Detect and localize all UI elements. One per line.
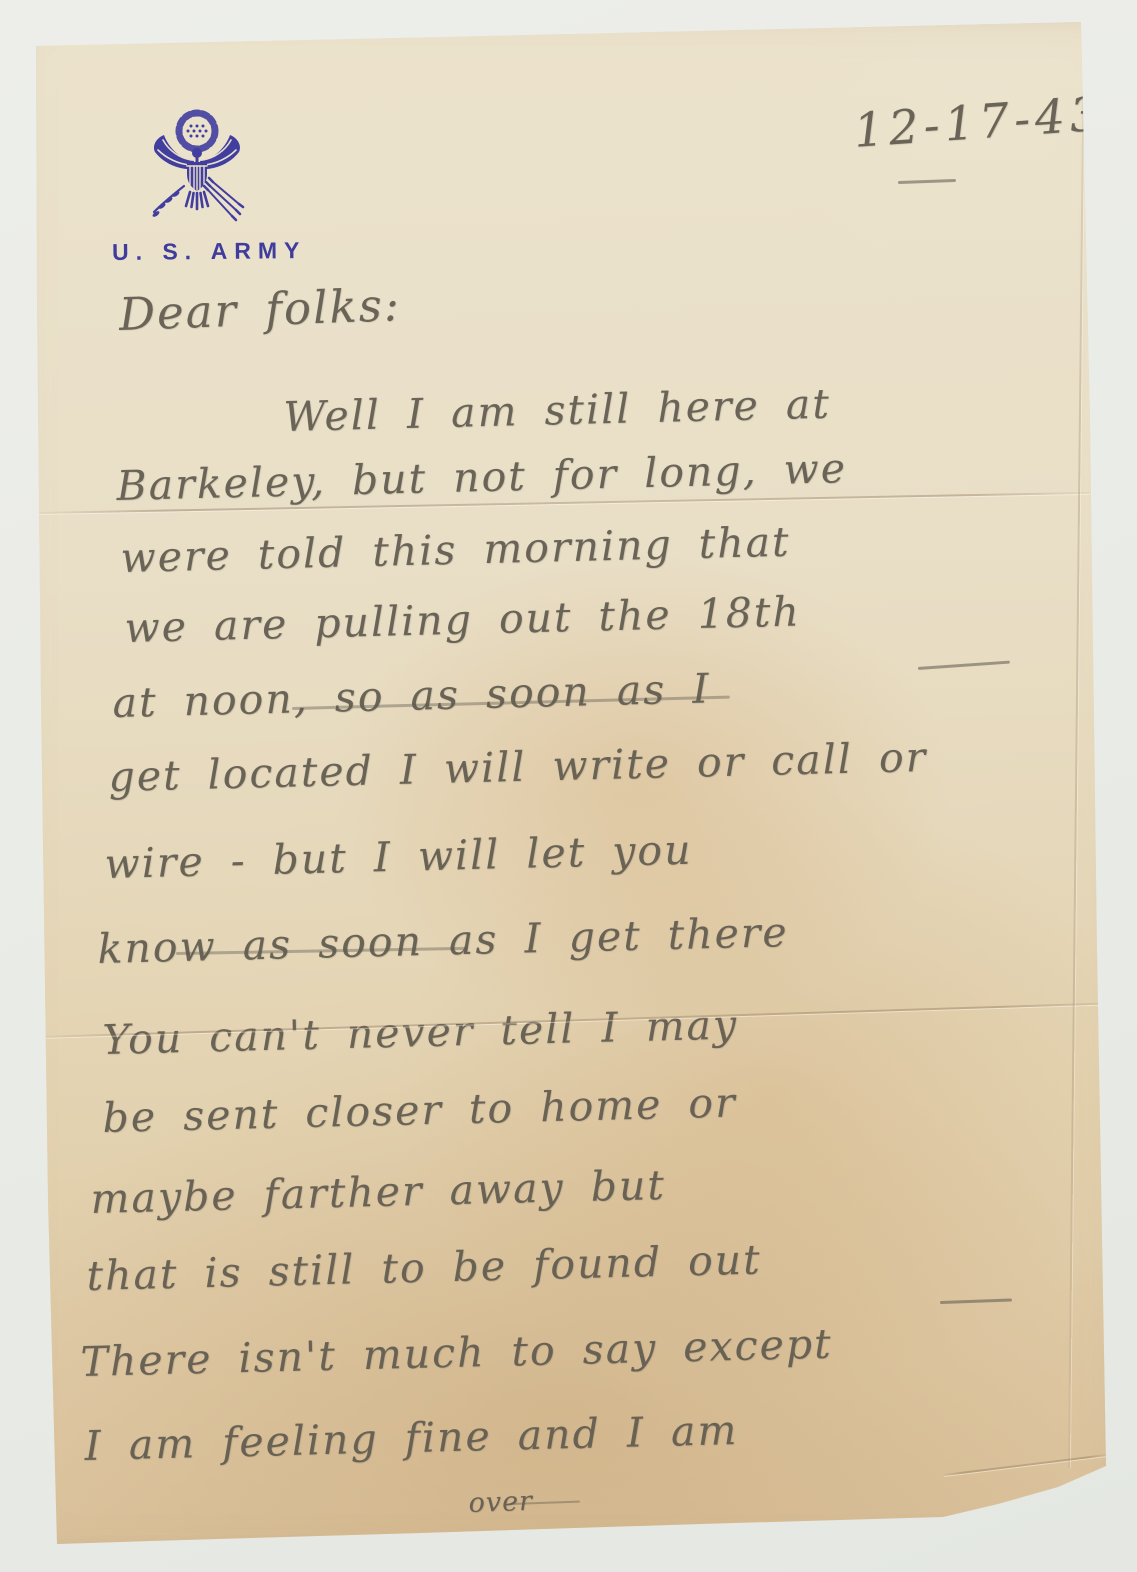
underline-18th-stroke	[918, 661, 1010, 670]
us-army-eagle-seal-icon	[136, 106, 258, 234]
letter-date: 12-17-43	[852, 86, 1106, 158]
letter-body-line: be sent closer to home or	[102, 1079, 737, 1142]
letterhead-branch-name: U. S. ARMY	[112, 237, 307, 266]
letter-salutation: Dear folks:	[118, 278, 402, 341]
letter-body-line: at noon, so as soon as I	[112, 664, 711, 727]
letter-body-line: There isn't much to say except	[80, 1320, 833, 1386]
scanned-letter: U. S. ARMY 12-17-43 Dear folks: Well I a…	[0, 0, 1137, 1572]
letter-paper: U. S. ARMY 12-17-43 Dear folks: Well I a…	[0, 0, 1137, 1572]
date-underline-stroke	[898, 179, 956, 184]
letter-body-line: get located I will write or call or	[108, 733, 928, 801]
letter-body-line: wire - but I will let you	[104, 826, 693, 888]
underline-out-stroke	[940, 1298, 1012, 1304]
crease-bottom-right	[944, 1454, 1107, 1476]
fold-crease-vertical	[1068, 26, 1085, 1468]
letter-body-line: know as soon as I get there	[97, 908, 789, 973]
letter-body-line: I am feeling fine and I am	[84, 1406, 739, 1470]
letter-body-line: were told this morning that	[120, 518, 791, 582]
letter-body-line: Well I am still here at	[283, 380, 831, 441]
letter-body-line: we are pulling out the 18th	[124, 587, 801, 652]
letter-body-line: that is still to be found out	[86, 1236, 762, 1300]
letter-body-line: maybe farther away but	[90, 1161, 666, 1223]
